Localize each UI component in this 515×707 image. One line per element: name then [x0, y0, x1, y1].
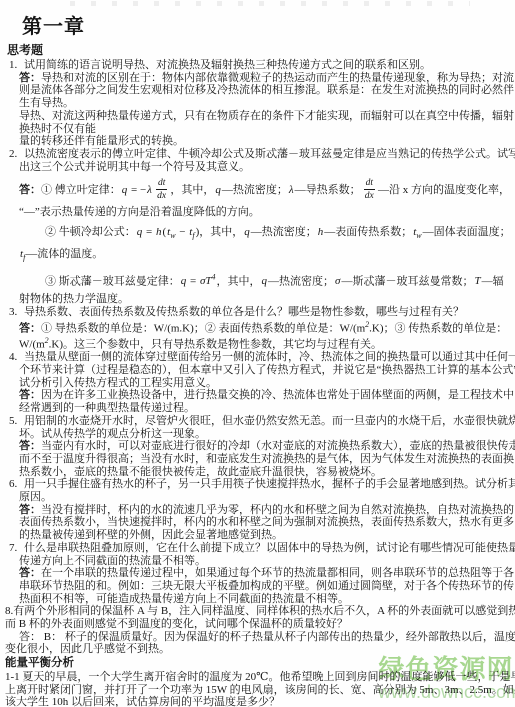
- text-run: —固体表面温度；: [423, 226, 511, 238]
- answer-1: 答：导热和对流的区别在于：物体内部依靠微观粒子的热运动而产生的热量传递现象，称为…: [19, 72, 511, 85]
- answer-label: 答：: [19, 322, 41, 334]
- question-1: 1.试用简练的语言说明导热、对流换热及辐射换热三种热传递方式之间的联系和区别。: [9, 59, 511, 72]
- text-run: 的热量被传递到杯壁的外侧，因此会显著地感觉到热。: [19, 529, 283, 541]
- math-symbol: tf: [188, 226, 195, 238]
- answer-8: 答： B： 杯子的保温质量好。因为保温好的杯子热量从杯子内部传出的热量少，经外部…: [19, 631, 511, 644]
- answer-7: 答：在一个串联的热量传递过程中，如果通过每个环节的热流量都相同，则各串联环节的总…: [19, 567, 511, 580]
- text-line: tf—流体的温度。: [19, 248, 511, 265]
- text-run: —辐: [482, 275, 504, 287]
- text-run: 热系数小，壶底的热量不能很快被传走，故此壶底升温很快，容易被烧坏。: [19, 466, 382, 478]
- text-run: )，其中，: [196, 226, 244, 238]
- text-run: 用铝制的水壶烧开水时，尽管炉火很旺，但水壶仍然安然无恙。而一旦壶内的水烧干后，水…: [24, 415, 515, 427]
- text-run: =: [143, 226, 155, 238]
- text-run: =: [187, 275, 199, 287]
- text-run: 用一只手握住盛有热水的杯子，另一只手用筷子快速搅拌热水，握杯子的手会显著地感到热…: [24, 478, 515, 490]
- text-run: 热面积不相等，可能造成热量传递方向上不同截面的热流量不相等。: [19, 593, 349, 605]
- text-run: 表面传热系数小，当快速搅拌时，杯内的水和杯壁之间为强制对流换热，表面传热系数大，…: [19, 516, 514, 528]
- fraction-numerator: dt: [364, 178, 375, 190]
- text-line: 经常遇到的一种典型热量传递过程。: [19, 402, 511, 415]
- text-line: 该大学生 10h 以后回来，试估算房间的平均温度是多少？: [5, 696, 511, 707]
- text-run: 试分析引入传热方程式的工程实用意义。: [19, 377, 217, 389]
- text-line: W/(m2.K)。这三个参数中，只有导热系数是物性参数，其它均与过程有关。: [19, 335, 511, 351]
- text-run: ① 傅立叶定律：: [41, 184, 121, 196]
- text-run: 传递方向上不同截面的热流量不相等。: [19, 555, 206, 567]
- text-line: 而 B 杯的外表面则感觉不到温度的变化，试问哪个保温杯的质量较好？: [5, 618, 511, 631]
- text-run: W/(m: [19, 339, 45, 351]
- math-symbol: q: [261, 275, 269, 287]
- section-energy-balance: 能量平衡分析: [5, 656, 511, 671]
- answer-label: 答：: [19, 389, 41, 401]
- text-line: 串联环节热阻的和。例如：三块无限大平板叠加构成的平壁。例如通过圆筒壁，对于各个传…: [19, 580, 511, 593]
- math-symbol: σT4: [199, 275, 217, 287]
- text-run: 因为在许多工业换热设备中，进行热量交换的冷、热流体也常处于固体壁面的两侧，是工程…: [41, 389, 514, 401]
- text-run: 什么是串联热阻叠加原则，它在什么前提下成立？以固体中的导热为例，试讨论有哪些情况…: [24, 542, 515, 554]
- answer-label: 答：: [19, 504, 41, 516]
- text-line: 的热量被传递到杯壁的外侧，因此会显著地感觉到热。: [19, 529, 511, 542]
- text-run: 经常遇到的一种典型热量传递过程。: [19, 402, 195, 414]
- text-run: —热流密度；: [251, 226, 317, 238]
- question-2: 2.以热流密度表示的傅立叶定律、牛顿冷却公式及斯忒藩－玻耳兹曼定律是应当熟记的传…: [9, 148, 511, 161]
- text-run: —表面传热系数；: [324, 226, 412, 238]
- answer-label: 答：: [19, 567, 41, 579]
- text-run: 上离开时紧闭门窗，并打开了一个功率为 15W 的电风扇，该房间的长、宽、高分别为…: [5, 684, 515, 696]
- answer-label: 答：: [19, 440, 41, 452]
- answer-2-stefan-boltzmann: ③ 斯忒藩－玻耳兹曼定律：q = σT4，其中，q—热流密度；σ—斯忒藩－玻耳兹…: [45, 265, 511, 293]
- text-run: 生有导热。: [19, 97, 74, 109]
- text-run: 换热时不仅有能: [19, 123, 96, 135]
- question-6: 6.用一只手握住盛有热水的杯子，另一只手用筷子快速搅拌热水，握杯子的手会显著地感…: [9, 478, 511, 491]
- text-run: .K)。这三个参数中，只有导热系数是物性参数，其它均与过程有关。: [49, 339, 382, 351]
- math-symbol: tw: [166, 226, 176, 238]
- text-run: —热流密度；: [222, 184, 288, 196]
- text-run: 而不至于温度升得很高；当没有水时，和壶底发生对流换热的是气体，因为气体发生对流换…: [19, 453, 514, 465]
- section-think-questions: 思考题: [7, 43, 515, 57]
- list-number: 6.: [9, 478, 19, 491]
- text-run: −: [177, 226, 189, 238]
- problem-1-1: 1-1 夏天的早晨，一个大学生离开宿舍时的温度为 20℃。他希望晚上回到房间时的…: [5, 671, 511, 684]
- text-run: 则是流体各部分之间发生宏观相对位移及冷热流体的相互掺混。联系是：在发生对流换热的…: [19, 84, 514, 96]
- text-line: 生有导热。: [19, 97, 511, 110]
- answer-4: 答：因为在许多工业换热设备中，进行热量交换的冷、热流体也常处于固体壁面的两侧，是…: [19, 389, 511, 402]
- answer-2-fourier-law: 答：① 傅立叶定律：q = −λdtdx，其中，q—热流密度；λ—导热系数；dt…: [19, 173, 511, 206]
- fraction: dtdx: [156, 178, 167, 201]
- text-run: 出这三个公式并说明其中每一个符号及其意义。: [19, 161, 250, 173]
- fraction-numerator: dt: [156, 178, 167, 190]
- list-number: 3.: [9, 306, 19, 319]
- math-symbol: tw: [412, 226, 422, 238]
- text-line: 上离开时紧闭门窗，并打开了一个功率为 15W 的电风扇，该房间的长、宽、高分别为…: [5, 684, 511, 697]
- text-line: 原因。: [19, 491, 511, 504]
- text-run: ，其中，: [217, 275, 261, 287]
- fraction-denominator: dx: [364, 190, 375, 201]
- text-line: 表面传热系数小，当快速搅拌时，杯内的水和杯壁之间为强制对流换热，表面传热系数大，…: [19, 516, 511, 529]
- text-run: 导热系数、表面传热系数及传热系数的单位各是什么？哪些是物性参数，哪些与过程有关？: [24, 306, 464, 318]
- math-symbol: λ: [288, 184, 295, 196]
- text-run: 答： B： 杯子的保温质量好。因为保温好的杯子热量从杯子内部传出的热量少，经外部…: [19, 631, 515, 643]
- text-run: 原因。: [19, 491, 52, 503]
- question-7: 7.什么是串联热阻叠加原则，它在什么前提下成立？以固体中的导热为例，试讨论有哪些…: [9, 542, 511, 555]
- text-run: 导热、对流这两种热量传递方式，只有在物质存在的条件下才能实现，而辐射可以在真空中…: [19, 110, 514, 122]
- text-run: 变化很小，因此几乎感觉不到热。: [5, 643, 170, 655]
- text-run: 量的转移还伴有能量形式的转换。: [19, 135, 184, 147]
- text-run: ，其中，: [170, 184, 214, 196]
- list-number: 7.: [9, 542, 19, 555]
- text-run: 当壶内有水时，可以对壶底进行很好的冷却（水对壶底的对流换热系数大），壶底的热量被…: [41, 440, 515, 452]
- text-run: “—”表示热量传递的方向是沿着温度降低的方向。: [19, 206, 260, 218]
- text-run: 该大学生 10h 以后回来，试估算房间的平均温度是多少？: [5, 696, 280, 707]
- fraction-denominator: dx: [156, 190, 167, 201]
- text-line: 热面积不相等，可能造成热量传递方向上不同截面的热流量不相等。: [19, 593, 511, 606]
- question-5: 5.用铝制的水壶烧开水时，尽管炉火很旺，但水壶仍然安然无恙。而一旦壶内的水烧干后…: [9, 415, 511, 428]
- text-run: ② 牛顿冷却公式：: [45, 226, 136, 238]
- text-run: 以热流密度表示的傅立叶定律、牛顿冷却公式及斯忒藩－玻耳兹曼定律是应当熟记的传热学…: [24, 148, 515, 160]
- math-symbol: T: [473, 275, 481, 287]
- text-line: 量的转移还伴有能量形式的转换。: [19, 135, 511, 148]
- text-run: .K)；③ 传热系数的单位是：: [369, 322, 507, 334]
- math-symbol: q: [243, 226, 251, 238]
- list-number: 4.: [9, 351, 19, 364]
- question-8: 8.有两个外形相同的保温杯 A 与 B，注入同样温度、同样体积的热水后不久，A …: [5, 605, 511, 618]
- answer-label: 答：: [19, 184, 41, 196]
- text-line: 个环节来计算（过程是稳态的），但本章中又引入了传热方程式，并说它是“换热器热工计…: [19, 364, 511, 377]
- text-line: 射物体的热力学温度。: [19, 293, 511, 306]
- text-line: 换热时不仅有能: [19, 123, 511, 136]
- text-line: “—”表示热量传递的方向是沿着温度降低的方向。: [19, 206, 511, 219]
- text-run: —流体的温度。: [26, 248, 103, 260]
- text-run: ③ 斯忒藩－玻耳兹曼定律：: [45, 275, 180, 287]
- math-symbol: λ: [146, 184, 153, 196]
- text-run: 当热量从壁面一侧的流体穿过壁面传给另一侧的流体时，冷、热流体之间的换热量可以通过…: [24, 351, 515, 363]
- text-line: 出这三个公式并说明其中每一个符号及其意义。: [19, 161, 511, 174]
- list-number: 5.: [9, 415, 19, 428]
- list-number: 2.: [9, 148, 19, 161]
- question-3: 3.导热系数、表面传热系数及传热系数的单位各是什么？哪些是物性参数，哪些与过程有…: [9, 306, 511, 319]
- math-symbol: q: [214, 184, 222, 196]
- text-run: ① 导热系数的单位是：W/(m.K)；② 表面传热系数的单位是：W/(m: [41, 322, 365, 334]
- text-run: 射物体的热力学温度。: [19, 293, 129, 305]
- text-line: 试分析引入传热方程式的工程实用意义。: [19, 377, 511, 390]
- text-line: 则是流体各部分之间发生宏观相对位移及冷热流体的相互掺混。联系是：在发生对流换热的…: [19, 84, 511, 97]
- chapter-title: 第一章: [22, 15, 515, 40]
- text-run: —热流密度；: [268, 275, 334, 287]
- text-run: 个环节来计算（过程是稳态的），但本章中又引入了传热方程式，并说它是“换热器热工计…: [19, 364, 515, 376]
- text-run: 导热和对流的区别在于：物体内部依靠微观粒子的热运动而产生的热量传递现象，称为导热…: [41, 72, 514, 84]
- text-line: 传递方向上不同截面的热流量不相等。: [19, 555, 511, 568]
- text-run: = −: [128, 184, 146, 196]
- fraction: dtdx: [364, 178, 375, 201]
- text-run: —导热系数；: [295, 184, 361, 196]
- text-run: 而 B 杯的外表面则感觉不到温度的变化，试问哪个保温杯的质量较好？: [5, 618, 348, 630]
- answer-6: 答：当没有搅拌时，杯内的水的流速几乎为零，杯内的水和杯壁之间为自然对流换热，自热…: [19, 504, 511, 517]
- text-run: 1-1 夏天的早晨，一个大学生离开宿舍时的温度为 20℃。他希望晚上回到房间时的…: [5, 671, 515, 683]
- text-line: 变化很小，因此几乎感觉不到热。: [5, 643, 511, 656]
- question-4: 4.当热量从壁面一侧的流体穿过壁面传给另一侧的流体时，冷、热流体之间的换热量可以…: [9, 351, 511, 364]
- document-body: 1.试用简练的语言说明导热、对流换热及辐射换热三种热传递方式之间的联系和区别。答…: [0, 59, 515, 707]
- text-run: 坏。试从传热学的观点分析这一现象。: [19, 428, 206, 440]
- text-run: 在一个串联的热量传递过程中，如果通过每个环节的热流量都相同，则各串联环节的总热阻…: [41, 567, 514, 579]
- text-line: 而不至于温度升得很高；当没有水时，和壶底发生对流换热的是气体，因为气体发生对流换…: [19, 453, 511, 466]
- answer-3: 答：① 导热系数的单位是：W/(m.K)；② 表面传热系数的单位是：W/(m2.…: [19, 319, 511, 335]
- list-number: 1.: [9, 59, 19, 72]
- text-run: 能量平衡分析: [5, 657, 74, 669]
- text-run: 当没有搅拌时，杯内的水的流速几乎为零，杯内的水和杯壁之间为自然对流换热，自热对流…: [41, 504, 514, 516]
- text-line: 热系数小，壶底的热量不能很快被传走，故此壶底升温很快，容易被烧坏。: [19, 466, 511, 479]
- document-page: 第一章 思考题 1.试用简练的语言说明导热、对流换热及辐射换热三种热传递方式之间…: [0, 0, 515, 707]
- text-run: 8.有两个外形相同的保温杯 A 与 B，注入同样温度、同样体积的热水后不久，A …: [5, 605, 515, 617]
- text-run: —斯忒藩－玻耳兹曼常数；: [341, 275, 473, 287]
- answer-label: 答：: [19, 72, 41, 84]
- text-run: —沿 x 方向的温度变化率，: [378, 184, 510, 196]
- text-line: 坏。试从传热学的观点分析这一现象。: [19, 428, 511, 441]
- text-line: 导热、对流这两种热量传递方式，只有在物质存在的条件下才能实现，而辐射可以在真空中…: [19, 110, 511, 123]
- text-run: 试用简练的语言说明导热、对流换热及辐射换热三种热传递方式之间的联系和区别。: [24, 59, 431, 71]
- answer-2-newton-cooling: ② 牛顿冷却公式：q = h(tw − tf)，其中，q—热流密度；h—表面传热…: [45, 219, 511, 248]
- answer-5: 答：当壶内有水时，可以对壶底进行很好的冷却（水对壶底的对流换热系数大），壶底的热…: [19, 440, 511, 453]
- text-run: 串联环节热阻的和。例如：三块无限大平板叠加构成的平壁。例如通过圆筒壁，对于各个传…: [19, 580, 514, 592]
- scan-artifact: [70, 1, 470, 6]
